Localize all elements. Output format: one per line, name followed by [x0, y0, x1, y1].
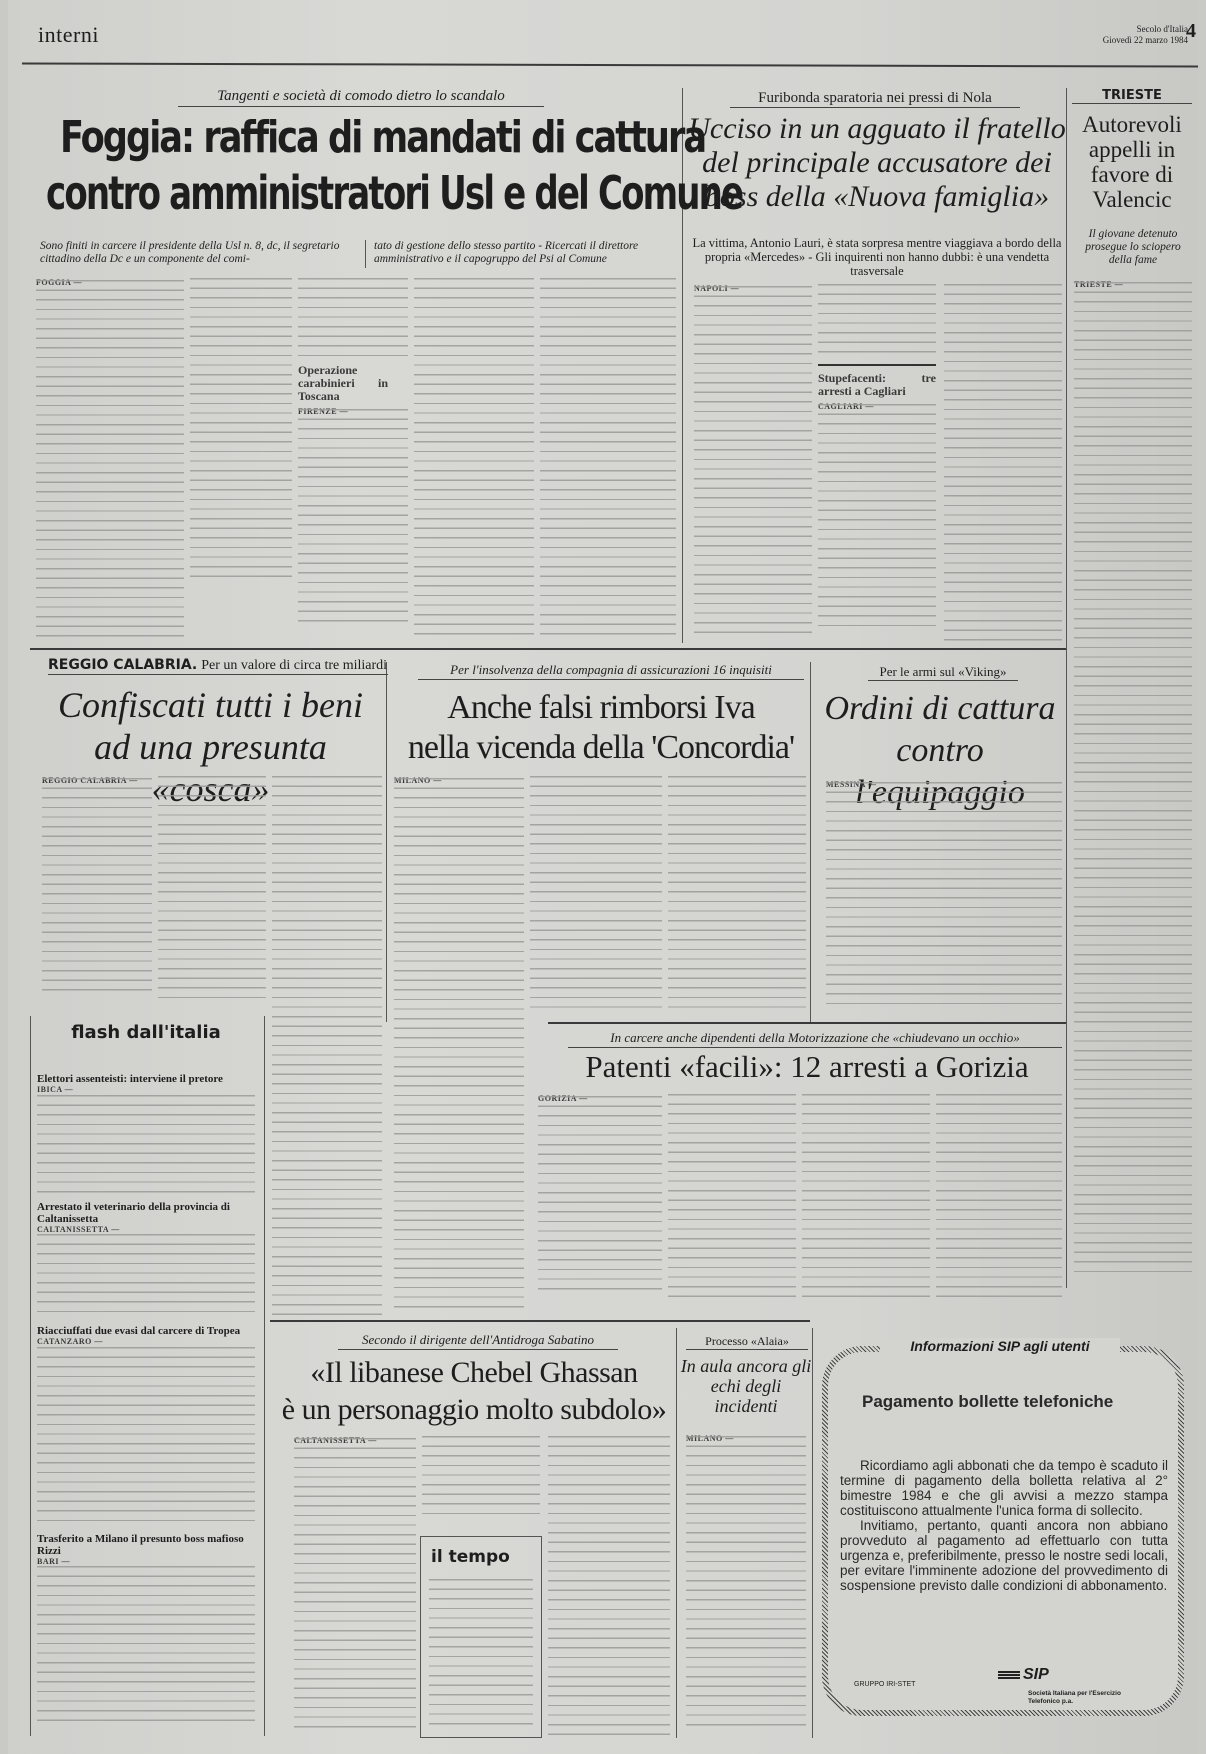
viking-kicker: Per le armi sul «Viking» [868, 664, 1018, 681]
section-rule [30, 648, 1066, 650]
text-lines [538, 1096, 662, 1296]
nola-column-1: NAPOLI — [694, 284, 812, 644]
weather-title: il tempo [431, 1547, 541, 1567]
section-rule [548, 1022, 1066, 1024]
text-lines [37, 1095, 255, 1195]
nola-kicker: Furibonda sparatoria nei pressi di Nola [730, 90, 1020, 108]
text-lines [37, 1347, 255, 1527]
box-heading: Operazione carabinieri in Toscana [298, 364, 388, 403]
section-title: interni [38, 22, 99, 48]
foggia-column-1: FOGGIA — [36, 278, 184, 646]
text-lines [36, 280, 184, 640]
text-lines [429, 1579, 533, 1729]
gorizia-headline: Patenti «facili»: 12 arresti a Gorizia [548, 1048, 1066, 1086]
divider [812, 1328, 813, 1738]
trieste-label: TRIESTE [1072, 88, 1192, 104]
gorizia-kicker: In carcere anche dipendenti della Motori… [568, 1030, 1062, 1048]
divider [1066, 88, 1067, 1288]
ghassan-column-2 [422, 1436, 540, 1516]
flash-item-title: Trasferito a Milano il presunto boss maf… [37, 1533, 255, 1557]
sip-paragraph-2: Invitiamo, pertanto, quanti ancora non a… [840, 1518, 1168, 1593]
sip-logo-icon [998, 1671, 1020, 1679]
foggia-kicker: Tangenti e società di comodo dietro lo s… [178, 88, 544, 107]
foggia-column-5 [540, 278, 676, 638]
flash-item-title: Riacciuffati due evasi dal carcere di Tr… [37, 1325, 255, 1337]
text-lines [530, 776, 662, 1016]
text-lines [422, 1436, 540, 1516]
text-lines [668, 776, 806, 1016]
text-lines [37, 1234, 255, 1319]
text-lines [414, 278, 534, 638]
concordia-kicker: Per l'insolvenza della compagnia di assi… [418, 662, 804, 680]
flash-item-title: Arrestato il veterinario della provincia… [37, 1201, 255, 1225]
gorizia-column-3 [802, 1094, 930, 1304]
text-lines [272, 776, 382, 1316]
text-lines [818, 284, 936, 360]
text-lines [294, 1438, 416, 1728]
text-lines [944, 284, 1062, 644]
text-lines [298, 409, 408, 629]
text-lines [818, 404, 936, 634]
sip-title: Pagamento bollette telefoniche [862, 1392, 1178, 1412]
text-lines [686, 1436, 806, 1726]
sip-banner: Informazioni SIP agli utenti [880, 1338, 1120, 1354]
divider [676, 1328, 677, 1738]
page-number: 4 [1186, 20, 1196, 43]
text-lines [694, 286, 812, 638]
text-lines [540, 278, 676, 638]
reggio-label: REGGIO CALABRIA. [48, 657, 197, 673]
reggio-kicker: REGGIO CALABRIA. Per un valore di circa … [48, 656, 388, 675]
foggia-subheading-right: tato di gestione dello stesso partito - … [374, 240, 674, 266]
nola-column-2: Stupefacenti: tre arresti a Cagliari CAG… [818, 284, 936, 644]
sip-paragraph-1: Ricordiamo agli abbonati che da tempo è … [840, 1458, 1168, 1518]
foggia-headline-2: contro amministratori Usl e del Comune [46, 166, 742, 220]
ghassan-headline-1: «Il libanese Chebel Ghassan [276, 1354, 672, 1391]
text-lines [190, 278, 292, 578]
reggio-column-2 [158, 776, 266, 1006]
text-lines [37, 1566, 255, 1726]
divider [365, 240, 366, 268]
concordia-column-2 [530, 776, 662, 1016]
concordia-column-1: MILANO — [394, 776, 524, 1316]
ghassan-kicker: Secondo il dirigente dell'Antidroga Saba… [338, 1332, 618, 1350]
alaia-column: MILANO — [686, 1434, 806, 1734]
sip-advert: Informazioni SIP agli utenti Pagamento b… [822, 1346, 1184, 1716]
trieste-headline: Autorevoli appelli in favore di Valencic [1070, 112, 1194, 212]
divider [810, 662, 811, 1022]
box-heading: Stupefacenti: tre arresti a Cagliari [818, 372, 936, 398]
dateline: CATANZARO — [37, 1337, 103, 1346]
text-lines [298, 278, 408, 358]
gorizia-column-1: GORIZIA — [538, 1094, 662, 1304]
text-lines [42, 778, 152, 998]
sip-code: GRUPPO IRI-STET [854, 1681, 915, 1688]
reggio-column-1: REGGIO CALABRIA — [42, 776, 152, 1006]
flash-box: flash dall'italia Elettori assenteisti: … [30, 1016, 261, 1736]
reggio-column-3 [272, 776, 382, 1316]
foggia-headline-1: Foggia: raffica di mandati di cattura [60, 112, 705, 163]
nola-subheading: La vittima, Antonio Lauri, è stata sorpr… [690, 236, 1064, 278]
divider [386, 662, 387, 1022]
alaia-kicker: Processo «Alaia» [686, 1334, 808, 1350]
reggio-kicker-text: Per un valore di circa tre miliardi [201, 658, 387, 673]
sip-company: Società Italiana per l'Esercizio Telefon… [1028, 1690, 1138, 1706]
nola-headline: Ucciso in un agguato il fratello del pri… [688, 112, 1066, 214]
foggia-column-3: Operazione carabinieri in Toscana FIRENZ… [298, 278, 408, 638]
concordia-headline-2: nella vicenda della 'Concordia' [392, 728, 810, 768]
flash-title: flash dall'italia [31, 1022, 261, 1043]
trieste-subheading: Il giovane detenuto prosegue lo sciopero… [1074, 228, 1192, 267]
weather-box: il tempo [420, 1536, 542, 1738]
concordia-column-3 [668, 776, 806, 1016]
ghassan-column-1: CALTANISSETTA — [294, 1436, 416, 1736]
text-lines [826, 782, 1062, 1012]
masthead-meta: Secolo d'Italia Giovedì 22 marzo 1984 [1018, 24, 1188, 46]
concordia-headline-1: Anche falsi rimborsi Iva [392, 688, 810, 728]
text-lines [1074, 282, 1192, 1272]
dateline: CALTANISSETTA — [37, 1225, 120, 1234]
foggia-column-2 [190, 278, 292, 578]
gorizia-column-2 [668, 1094, 796, 1304]
nola-column-3 [944, 284, 1062, 644]
dateline: IBICA — [37, 1085, 73, 1094]
text-lines [158, 776, 266, 1006]
concordia-headline: Anche falsi rimborsi Iva nella vicenda d… [392, 688, 810, 768]
masthead-rule [22, 62, 1198, 67]
text-lines [394, 778, 524, 1308]
ghassan-headline-2: è un personaggio molto subdolo» [276, 1391, 672, 1428]
text-lines [668, 1094, 796, 1304]
text-lines [548, 1436, 670, 1736]
ghassan-headline: «Il libanese Chebel Ghassan è un persona… [276, 1354, 672, 1428]
newspaper-name: Secolo d'Italia [1018, 24, 1188, 35]
dateline: BARI — [37, 1557, 70, 1566]
viking-text: MESSINA — [826, 780, 1062, 1020]
alaia-headline: In aula ancora gli echi degli incidenti [680, 1356, 812, 1416]
section-rule [270, 1320, 810, 1322]
sip-logo: SIP [998, 1666, 1049, 1684]
sip-logo-text: SIP [1023, 1666, 1049, 1684]
flash-item-title: Elettori assenteisti: interviene il pret… [37, 1073, 255, 1085]
newspaper-page: interni Secolo d'Italia Giovedì 22 marzo… [8, 0, 1198, 1754]
divider [264, 1016, 265, 1736]
trieste-column: TRIESTE — [1074, 280, 1192, 1280]
ghassan-column-3 [548, 1436, 670, 1736]
divider [818, 364, 936, 366]
issue-date: Giovedì 22 marzo 1984 [1018, 35, 1188, 46]
foggia-column-4 [414, 278, 534, 638]
text-lines [802, 1094, 930, 1304]
gorizia-column-4 [936, 1094, 1062, 1304]
foggia-subheading-left: Sono finiti in carcere il presidente del… [40, 240, 358, 266]
text-lines [936, 1094, 1062, 1304]
